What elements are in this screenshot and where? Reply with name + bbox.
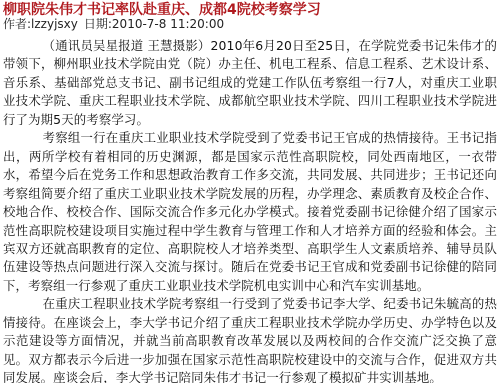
article-body: （通讯员吴星报道 王慧摄影）2010年6月20日至25日，在学院党委书记朱伟才的… bbox=[3, 37, 497, 383]
article-paragraph: 在重庆工程职业技术学院考察组一行受到了党委书记李大学、纪委书记朱毓高的热情接待。… bbox=[3, 295, 497, 383]
article-date: 日期:2010-7-8 11:20:00 bbox=[84, 17, 224, 31]
article-paragraph: （通讯员吴星报道 王慧摄影）2010年6月20日至25日，在学院党委书记朱伟才的… bbox=[3, 37, 497, 129]
article-author: 作者:lzzyjsxy bbox=[3, 17, 78, 31]
article-paragraph: 考察组一行在重庆工业职业技术学院受到了党委书记王官成的热情接待。王书记指出，两所… bbox=[3, 129, 497, 295]
article-meta: 作者:lzzyjsxy日期:2010-7-8 11:20:00 bbox=[3, 16, 230, 32]
